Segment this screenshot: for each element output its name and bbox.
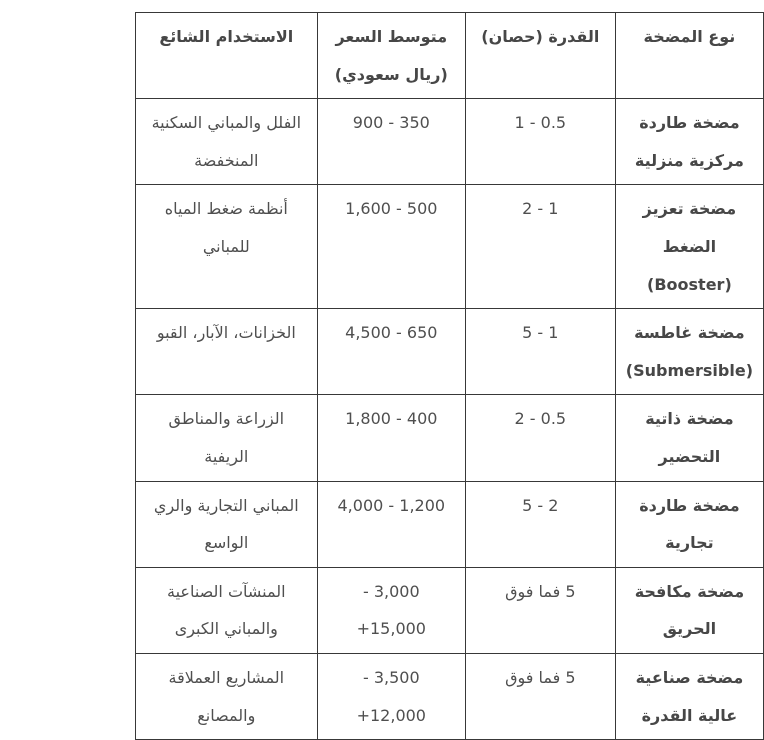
- table-row: مضخة تعزيز الضغط (Booster) 1 - 2 500 - 1…: [135, 185, 763, 309]
- cell-power: 0.5 - 1: [465, 99, 615, 185]
- cell-power: 1 - 5: [465, 309, 615, 395]
- cell-price: 400 - 1,800: [317, 395, 465, 481]
- cell-pump-type: مضخة مكافحة الحريق: [615, 567, 763, 653]
- cell-price: 3,000 - 15,000+: [317, 567, 465, 653]
- cell-price: 3,500 - 12,000+: [317, 653, 465, 739]
- cell-usage: المنشآت الصناعية والمباني الكبرى: [135, 567, 317, 653]
- cell-price: 500 - 1,600: [317, 185, 465, 309]
- cell-usage: الفلل والمباني السكنية المنخفضة: [135, 99, 317, 185]
- table-row: مضخة طاردة مركزية منزلية 0.5 - 1 350 - 9…: [135, 99, 763, 185]
- table-row: مضخة ذاتية التحضير 0.5 - 2 400 - 1,800 ا…: [135, 395, 763, 481]
- cell-price: 1,200 - 4,000: [317, 481, 465, 567]
- cell-pump-type: مضخة صناعية عالية القدرة: [615, 653, 763, 739]
- cell-power: 2 - 5: [465, 481, 615, 567]
- cell-pump-type: مضخة طاردة تجارية: [615, 481, 763, 567]
- header-row: نوع المضخة القدرة (حصان) متوسط السعر (ري…: [135, 13, 763, 99]
- cell-pump-type: مضخة تعزيز الضغط (Booster): [615, 185, 763, 309]
- cell-price: 350 - 900: [317, 99, 465, 185]
- cell-usage: الزراعة والمناطق الريفية: [135, 395, 317, 481]
- cell-power: 1 - 2: [465, 185, 615, 309]
- table-body: مضخة طاردة مركزية منزلية 0.5 - 1 350 - 9…: [135, 99, 763, 740]
- cell-pump-type: مضخة غاطسة (Submersible): [615, 309, 763, 395]
- col-header-common-usage: الاستخدام الشائع: [135, 13, 317, 99]
- table-row: مضخة صناعية عالية القدرة 5 فما فوق 3,500…: [135, 653, 763, 739]
- cell-usage: أنظمة ضغط المياه للمباني: [135, 185, 317, 309]
- table-row: مضخة مكافحة الحريق 5 فما فوق 3,000 - 15,…: [135, 567, 763, 653]
- cell-usage: المباني التجارية والري الواسع: [135, 481, 317, 567]
- table-row: مضخة طاردة تجارية 2 - 5 1,200 - 4,000 ال…: [135, 481, 763, 567]
- pump-comparison-table: نوع المضخة القدرة (حصان) متوسط السعر (ري…: [135, 12, 764, 740]
- cell-pump-type: مضخة ذاتية التحضير: [615, 395, 763, 481]
- cell-power: 5 فما فوق: [465, 567, 615, 653]
- col-header-pump-type: نوع المضخة: [615, 13, 763, 99]
- col-header-avg-price-sar: متوسط السعر (ريال سعودي): [317, 13, 465, 99]
- cell-price: 650 - 4,500: [317, 309, 465, 395]
- cell-usage: المشاريع العملاقة والمصانع: [135, 653, 317, 739]
- cell-usage: الخزانات، الآبار، القبو: [135, 309, 317, 395]
- cell-power: 0.5 - 2: [465, 395, 615, 481]
- cell-power: 5 فما فوق: [465, 653, 615, 739]
- cell-pump-type: مضخة طاردة مركزية منزلية: [615, 99, 763, 185]
- col-header-power-hp: القدرة (حصان): [465, 13, 615, 99]
- table-row: مضخة غاطسة (Submersible) 1 - 5 650 - 4,5…: [135, 309, 763, 395]
- table-header: نوع المضخة القدرة (حصان) متوسط السعر (ري…: [135, 13, 763, 99]
